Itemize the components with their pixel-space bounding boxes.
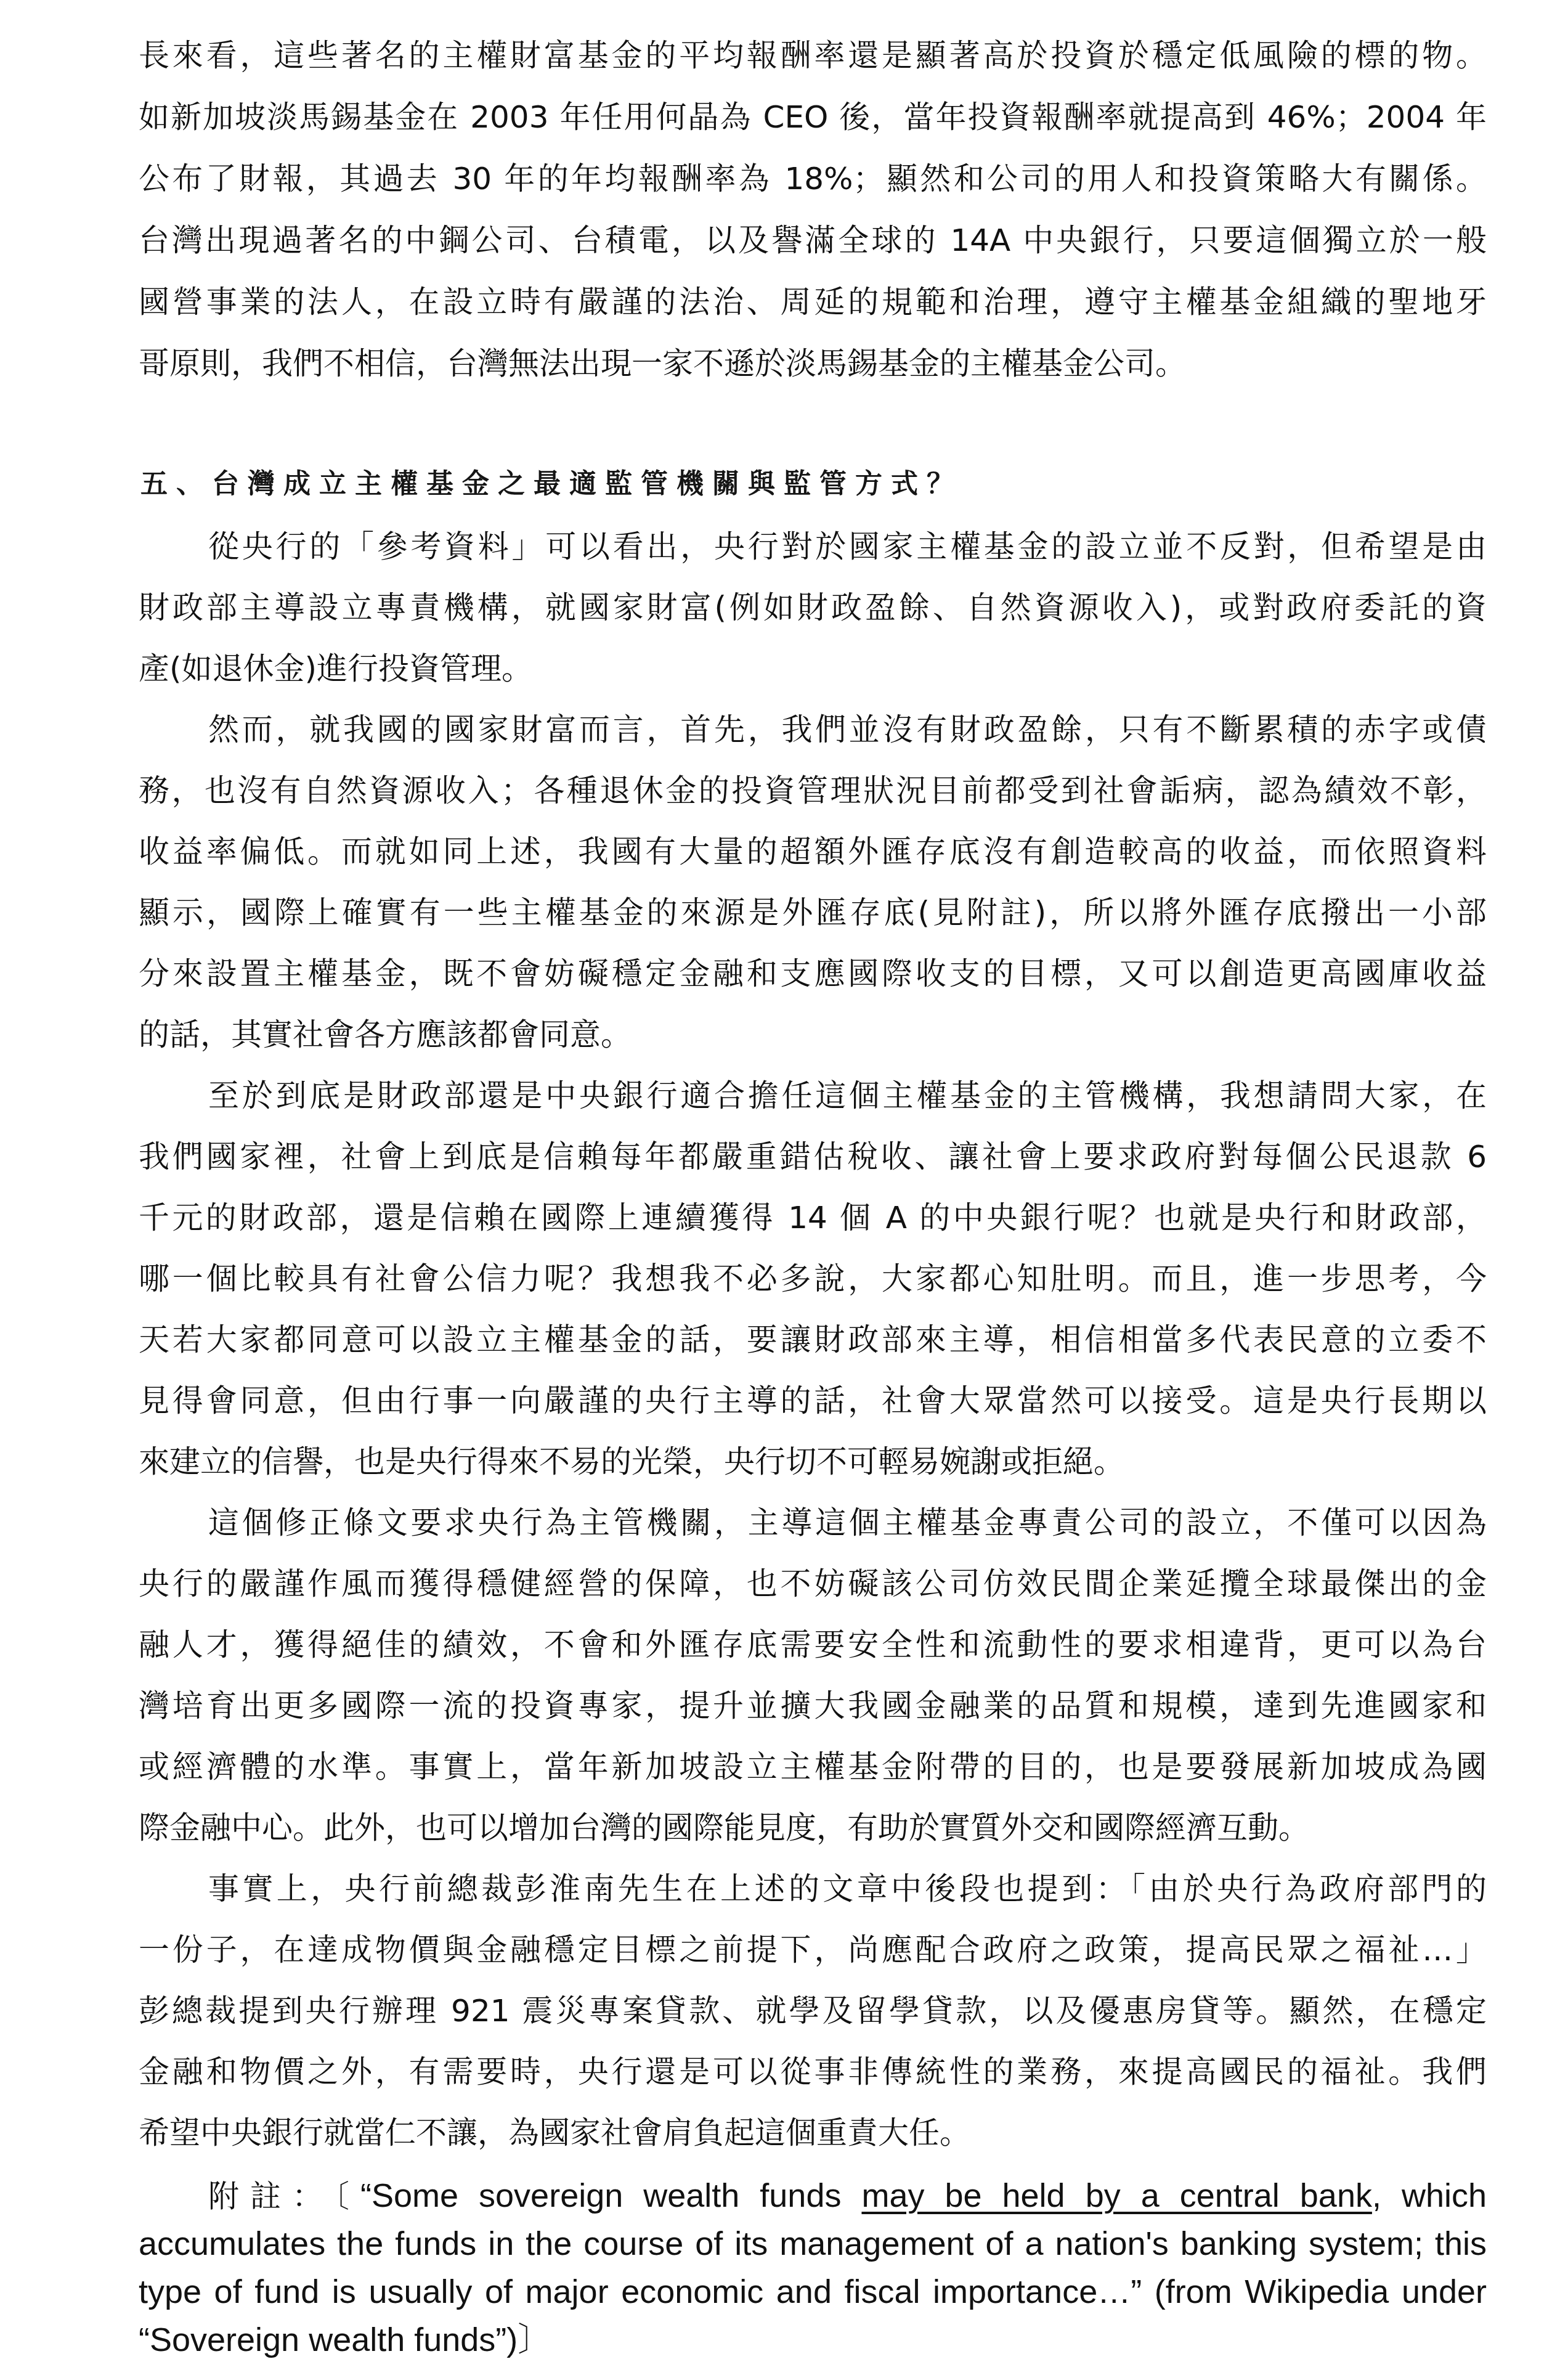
paragraph-4-line-1: 至於到底是財政部還是中央銀行適合擔任這個主權基金的主管機構，我想請問大家，在: [208, 1077, 1487, 1114]
paragraph-2-line-3: 產(如退休金)進行投資管理。: [139, 650, 1487, 687]
paragraph-5-line-6: 際金融中心。此外，也可以增加台灣的國際能見度，有助於實質外交和國際經濟互動。: [139, 1809, 1487, 1846]
scanned-document-page: 長來看，這些著名的主權財富基金的平均報酬率還是顯著高於投資於穩定低風險的標的物。…: [0, 0, 1568, 2375]
paragraph-3-line-2: 務，也沒有自然資源收入；各種退休金的投資管理狀況目前都受到社會詬病，認為績效不彰…: [139, 772, 1487, 809]
footnote-line-1: 附註：〔“Some sovereign wealth funds may be …: [208, 2174, 1487, 2218]
paragraph-1-line-5: 國營事業的法人，在設立時有嚴謹的法治、周延的規範和治理，遵守主權基金組織的聖地牙: [139, 283, 1487, 320]
paragraph-6-line-4: 金融和物價之外，有需要時，央行還是可以從事非傳統性的業務，來提高國民的福祉。我們: [139, 2053, 1487, 2090]
footnote-quote-start: “Some sovereign wealth funds: [360, 2177, 861, 2214]
paragraph-1-line-6: 哥原則，我們不相信，台灣無法出現一家不遜於淡馬錫基金的主權基金公司。: [139, 345, 1487, 382]
paragraph-5-line-4: 灣培育出更多國際一流的投資專家，提升並擴大我國金融業的品質和規模，達到先進國家和: [139, 1687, 1487, 1724]
paragraph-5-line-2: 央行的嚴謹作風而獲得穩健經營的保障，也不妨礙該公司仿效民間企業延攬全球最傑出的金: [139, 1565, 1487, 1602]
paragraph-5-line-1: 這個修正條文要求央行為主管機關，主導這個主權基金專責公司的設立，不僅可以因為: [208, 1504, 1487, 1541]
paragraph-1-line-3: 公布了財報，其過去 30 年的年均報酬率為 18%；顯然和公司的用人和投資策略大…: [139, 160, 1487, 197]
paragraph-3-line-5: 分來設置主權基金，既不會妨礙穩定金融和支應國際收支的目標，又可以創造更高國庫收益: [139, 955, 1487, 992]
paragraph-2-line-1: 從央行的「參考資料」可以看出，央行對於國家主權基金的設立並不反對，但希望是由: [208, 528, 1487, 565]
paragraph-4-line-7: 來建立的信譽，也是央行得來不易的光榮，央行切不可輕易婉謝或拒絕。: [139, 1443, 1487, 1480]
paragraph-5-line-5: 或經濟體的水準。事實上，當年新加坡設立主權基金附帶的目的，也是要發展新加坡成為國: [139, 1748, 1487, 1785]
footnote-line-3: type of fund is usually of major economi…: [139, 2270, 1487, 2313]
paragraph-3-line-1: 然而，就我國的國家財富而言，首先，我們並沒有財政盈餘，只有不斷累積的赤字或債: [208, 711, 1487, 748]
paragraph-6-line-5: 希望中央銀行就當仁不讓，為國家社會肩負起這個重責大任。: [139, 2114, 1487, 2151]
paragraph-4-line-3: 千元的財政部，還是信賴在國際上連續獲得 14 個 A 的中央銀行呢？也就是央行和…: [139, 1199, 1487, 1236]
footnote-label: 附註：〔: [208, 2178, 360, 2214]
paragraph-4-line-4: 哪一個比較具有社會公信力呢？我想我不必多說，大家都心知肚明。而且，進一步思考，今: [139, 1260, 1487, 1297]
paragraph-3-line-6: 的話，其實社會各方應該都會同意。: [139, 1016, 1487, 1053]
footnote-line-2: accumulates the funds in the course of i…: [139, 2222, 1487, 2265]
paragraph-6-line-1: 事實上，央行前總裁彭淮南先生在上述的文章中後段也提到：「由於央行為政府部門的: [208, 1870, 1487, 1907]
paragraph-1-line-1: 長來看，這些著名的主權財富基金的平均報酬率還是顯著高於投資於穩定低風險的標的物。: [139, 37, 1487, 74]
paragraph-4-line-2: 我們國家裡，社會上到底是信賴每年都嚴重錯估稅收、讓社會上要求政府對每個公民退款 …: [139, 1138, 1487, 1175]
paragraph-6-line-3: 彭總裁提到央行辦理 921 震災專案貸款、就學及留學貸款，以及優惠房貸等。顯然，…: [139, 1992, 1487, 2029]
footnote-line-4: “Sovereign wealth funds”)〕: [139, 2318, 1487, 2361]
paragraph-4-line-5: 天若大家都同意可以設立主權基金的話，要讓財政部來主導，相信相當多代表民意的立委不: [139, 1321, 1487, 1358]
footnote-underlined-phrase: may be held by a central bank: [861, 2177, 1371, 2214]
paragraph-4-line-6: 見得會同意，但由行事一向嚴謹的央行主導的話，社會大眾當然可以接受。這是央行長期以: [139, 1382, 1487, 1419]
paragraph-1-line-2: 如新加坡淡馬錫基金在 2003 年任用何晶為 CEO 後，當年投資報酬率就提高到…: [139, 99, 1487, 136]
footnote-quote-which: , which: [1372, 2177, 1487, 2214]
paragraph-5-line-3: 融人才，獲得絕佳的績效，不會和外匯存底需要安全性和流動性的要求相違背，更可以為台: [139, 1626, 1487, 1663]
paragraph-3-line-4: 顯示，國際上確實有一些主權基金的來源是外匯存底(見附註)，所以將外匯存底撥出一小…: [139, 894, 1487, 931]
paragraph-2-line-2: 財政部主導設立專責機構，就國家財富(例如財政盈餘、自然資源收入)，或對政府委託的…: [139, 589, 1487, 626]
section-heading: 五、台灣成立主權基金之最適監管機關與監管方式？: [140, 467, 962, 502]
paragraph-6-line-2: 一份子，在達成物價與金融穩定目標之前提下，尚應配合政府之政策，提高民眾之福祉…」: [139, 1931, 1487, 1968]
paragraph-1-line-4: 台灣出現過著名的中鋼公司、台積電，以及譽滿全球的 14A 中央銀行，只要這個獨立…: [139, 222, 1487, 259]
paragraph-3-line-3: 收益率偏低。而就如同上述，我國有大量的超額外匯存底沒有創造較高的收益，而依照資料: [139, 833, 1487, 870]
